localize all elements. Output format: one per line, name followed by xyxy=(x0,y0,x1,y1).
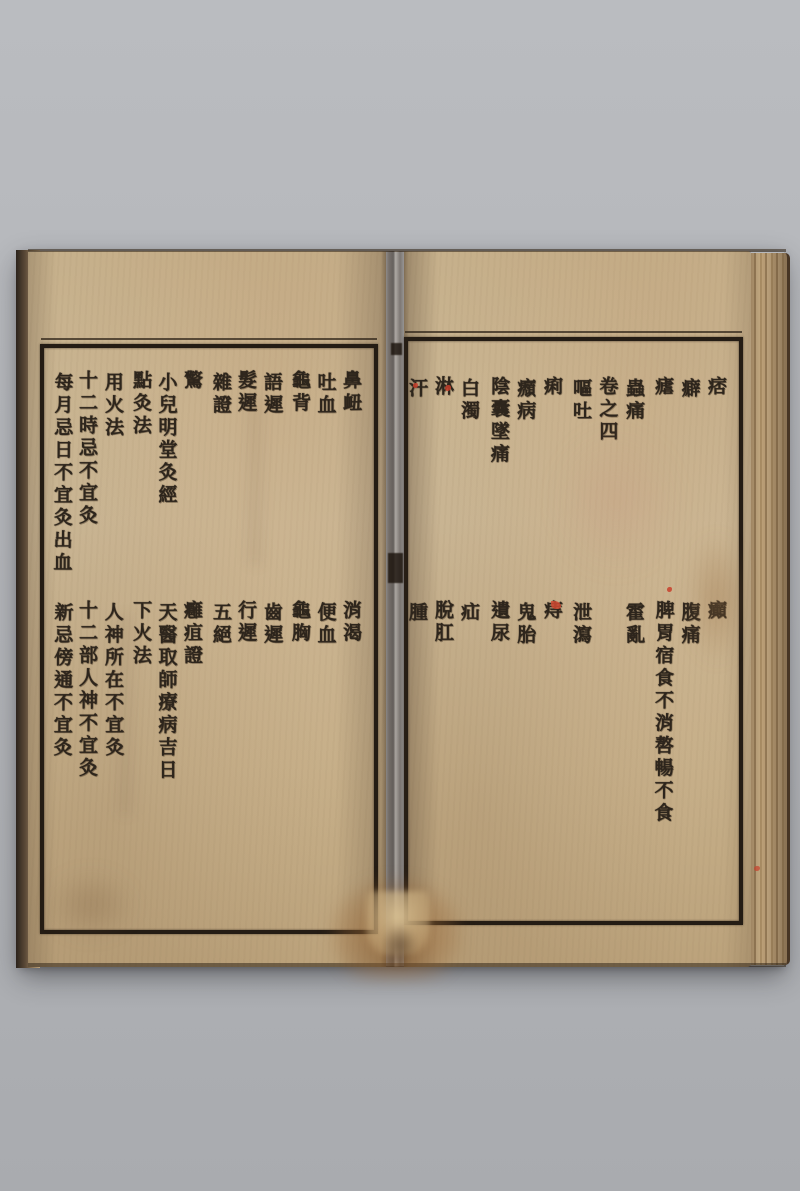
toc-entry-column: 痢 xyxy=(535,376,561,399)
toc-entry-column: 十二時忌不宜灸 xyxy=(70,370,96,528)
toc-entry-column: 五絕 xyxy=(203,602,229,647)
toc-entry-column: 癰疽證 xyxy=(175,600,201,668)
toc-entry-column: 驚 xyxy=(175,370,201,393)
toc-entry-column: 語遲 xyxy=(254,372,280,417)
toc-entry-column: 霍亂 xyxy=(617,602,643,647)
toc-entry-column: 點灸法 xyxy=(124,370,150,438)
toc-entry-column: 鼻衄 xyxy=(334,370,360,415)
toc-entry-column: 龜背 xyxy=(283,370,309,415)
toc-entry-column: 每月忌日不宜灸出血 xyxy=(44,372,71,575)
toc-entry-column: 脾胃宿食不消嗸暢不食 xyxy=(646,600,673,825)
toc-entry-column: 齒遲 xyxy=(254,602,280,647)
juan-header-column: 卷之四 xyxy=(590,376,616,444)
page-left-printed-frame: 鼻衄吐血龜背語遲髮遲雜證驚小兒明堂灸經點灸法用火法十二時忌不宜灸每月忌日不宜灸出… xyxy=(40,344,378,934)
toc-entry-column: 鬼胎 xyxy=(508,602,534,647)
toc-entry-column: 泄瀉 xyxy=(564,602,590,647)
toc-entry-column: 痞 xyxy=(699,376,725,399)
toc-entry-column: 瘧 xyxy=(646,376,672,399)
toc-entry-column: 白濁 xyxy=(452,378,478,423)
toc-entry-column: 用火法 xyxy=(95,372,121,440)
toc-entry-column: 新忌傍通不宜灸 xyxy=(44,602,71,760)
book-bottom-edge xyxy=(28,963,786,967)
toc-entry-column: 疝 xyxy=(452,602,478,625)
toc-entry-column: 蟲痛 xyxy=(617,378,643,423)
toc-entry-column: 癲 xyxy=(699,600,725,623)
toc-entry-column: 癖 xyxy=(673,378,699,401)
scanned-book-photo: 鼻衄吐血龜背語遲髮遲雜證驚小兒明堂灸經點灸法用火法十二時忌不宜灸每月忌日不宜灸出… xyxy=(0,0,800,1191)
toc-entry-column: 陰囊墜痛 xyxy=(482,376,509,466)
toc-entry-column: 脫肛 xyxy=(426,600,452,645)
toc-entry-column: 遺尿 xyxy=(482,600,508,645)
toc-entry-column: 腫 xyxy=(400,602,426,625)
toc-entry-column: 十二部人神不宜灸 xyxy=(70,600,96,780)
toc-entry-column: 髮遲 xyxy=(229,370,255,415)
banxin-fishtail-mark xyxy=(388,553,403,583)
toc-entry-column: 腹痛 xyxy=(673,602,699,647)
toc-entry-column: 嘔吐 xyxy=(564,378,590,423)
toc-entry-column: 消渴 xyxy=(334,600,360,645)
toc-entry-column: 吐血 xyxy=(309,372,335,417)
toc-entry-column: 便血 xyxy=(309,602,335,647)
red-ink-dot xyxy=(551,601,561,609)
toc-entry-column: 行遲 xyxy=(229,600,255,645)
fore-edge-page-stack xyxy=(751,253,790,965)
toc-entry-column: 下火法 xyxy=(124,600,150,668)
toc-entry-column: 天醫取師療病吉日 xyxy=(150,602,176,782)
banxin-mark xyxy=(391,343,402,355)
page-right-printed-frame: 痞癖瘧蟲痛卷之四嘔吐痢㿗病陰囊墜痛白濁淋汗癲腹痛脾胃宿食不消嗸暢不食霍亂泄瀉痔鬼… xyxy=(404,337,743,925)
toc-entry-column: 龜胸 xyxy=(283,600,309,645)
toc-entry-column: 汗 xyxy=(400,378,426,401)
toc-entry-column: 人神所在不宜灸 xyxy=(95,602,122,760)
toc-entry-column: 小兒明堂灸經 xyxy=(150,372,176,507)
book-top-edge xyxy=(28,249,786,252)
toc-entry-column: 雜證 xyxy=(203,372,229,417)
toc-entry-column: 㿗病 xyxy=(508,378,534,423)
